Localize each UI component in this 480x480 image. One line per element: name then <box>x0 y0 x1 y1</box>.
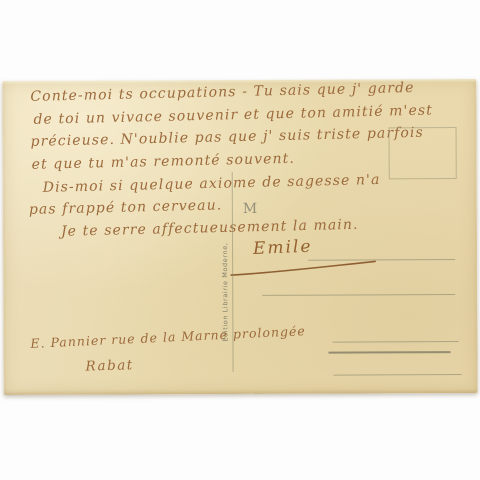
postcard-back: Conte-moi ts occupations - Tu sais que j… <box>2 79 477 395</box>
sender-address-line: E. Pannier rue de la Marne prolongée <box>30 323 306 351</box>
signature-flourish-stroke <box>229 259 379 278</box>
watermark-letter: M <box>243 201 257 217</box>
address-line <box>329 351 451 354</box>
message-line: Dis-moi si quelque axiome de sagesse n'a <box>43 172 381 196</box>
signature: Emile <box>253 237 313 259</box>
stamp-box <box>389 127 457 179</box>
message-line: et que tu m'as remonté souvent. <box>31 151 295 173</box>
message-line: précieuse. N'oublie pas que j' suis tris… <box>30 125 424 150</box>
message-line: de toi un vivace souvenir et que ton ami… <box>33 102 433 127</box>
message-line: Conte-moi ts occupations - Tu sais que j… <box>30 80 415 105</box>
address-line <box>308 259 455 261</box>
address-line <box>332 341 458 343</box>
sender-city: Rabat <box>85 357 134 374</box>
address-line <box>262 294 455 296</box>
message-line: Je te serre affectueusement la main. <box>61 217 359 240</box>
photo-background: Conte-moi ts occupations - Tu sais que j… <box>0 0 480 480</box>
message-line: pas frappé ton cerveau. <box>29 197 223 218</box>
address-line <box>334 374 462 376</box>
